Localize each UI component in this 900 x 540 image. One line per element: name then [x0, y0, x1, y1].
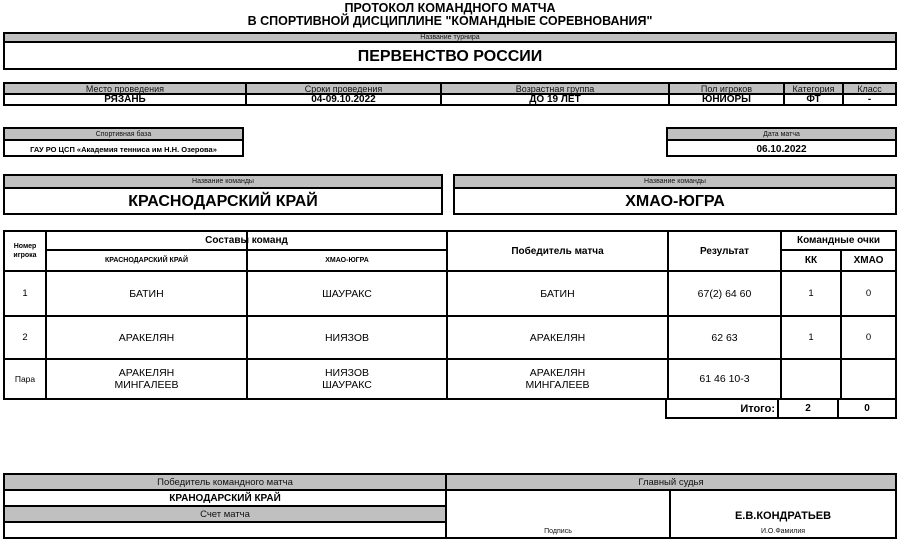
match-date-label: Дата матча — [668, 129, 895, 141]
info-table: Место проведения РЯЗАНЬ Сроки проведения… — [3, 82, 897, 106]
team2-name: ХМАО-ЮГРА — [455, 191, 895, 213]
footer-table: Победитель командного матча КРАНОДАРСКИЙ… — [3, 473, 897, 539]
match-date-box: Дата матча 06.10.2022 — [666, 127, 897, 157]
class-label: Класс — [844, 84, 895, 94]
name-format-label: И.О.Фамилия — [671, 525, 895, 537]
total-team1: 2 — [779, 400, 837, 417]
row-number: Пара — [5, 360, 45, 398]
total-team2: 0 — [839, 400, 895, 417]
col-result: Результат — [669, 232, 780, 270]
tournament-box: Название турнира ПЕРВЕНСТВО РОССИИ — [3, 32, 897, 70]
age-label: Возрастная группа — [442, 84, 668, 94]
tournament-name: ПЕРВЕНСТВО РОССИИ — [5, 45, 895, 68]
total-label: Итого: — [667, 400, 775, 417]
venue-label: Место проведения — [5, 84, 245, 94]
dates-value: 04-09.10.2022 — [247, 94, 440, 105]
row-team1-player-b: МИНГАЛЕЕВ — [115, 379, 179, 391]
gender-value: ЮНИОРЫ — [670, 94, 783, 105]
row-team2-player: НИЯЗОВ — [248, 317, 446, 358]
row-result: 67(2) 64 60 — [669, 272, 780, 315]
row-team2-pair: НИЯЗОВ ШАУРАКС — [248, 360, 446, 398]
row-points-team2: 0 — [842, 317, 895, 358]
sports-base-label: Спортивная база — [5, 129, 242, 141]
team2-box: Название команды ХМАО-ЮГРА — [453, 174, 897, 215]
chief-judge-label: Главный судья — [447, 475, 895, 489]
row-team2-player-b: ШАУРАКС — [322, 379, 372, 391]
gender-label: Пол игроков — [670, 84, 783, 94]
dates-label: Сроки проведения — [247, 84, 440, 94]
row-points-team1: 1 — [782, 317, 840, 358]
row-result: 62 63 — [669, 317, 780, 358]
results-table: Номер игрока Составы команд КРАСНОДАРСКИ… — [3, 230, 897, 400]
team2-label: Название команды — [455, 176, 895, 189]
row-team2-player: ШАУРАКС — [248, 272, 446, 315]
row-points-team1: 1 — [782, 272, 840, 315]
team-match-winner-label: Победитель командного матча — [5, 475, 445, 489]
team1-label: Название команды — [5, 176, 441, 189]
sports-base-box: Спортивная база ГАУ РО ЦСП «Академия тен… — [3, 127, 244, 157]
protocol-title-line2: В СПОРТИВНОЙ ДИСЦИПЛИНЕ "КОМАНДНЫЕ СОРЕВ… — [0, 15, 900, 28]
tournament-label: Название турнира — [5, 34, 895, 43]
category-label: Категория — [785, 84, 842, 94]
row-points-team1 — [782, 360, 840, 398]
col-points: Командные очки — [782, 232, 895, 249]
row-points-team2: 0 — [842, 272, 895, 315]
category-value: ФТ — [785, 94, 842, 105]
row-winner-pair: АРАКЕЛЯН МИНГАЛЕЕВ — [448, 360, 667, 398]
col-points-team1: КК — [782, 251, 840, 270]
row-team1-player: АРАКЕЛЯН — [47, 317, 246, 358]
row-result: 61 46 10-3 — [669, 360, 780, 398]
match-score-label: Счет матча — [5, 507, 445, 521]
match-date-value: 06.10.2022 — [668, 143, 895, 155]
row-team1-pair: АРАКЕЛЯН МИНГАЛЕЕВ — [47, 360, 246, 398]
col-team2: ХМАО-ЮГРА — [248, 251, 446, 270]
sports-base-value: ГАУ РО ЦСП «Академия тенниса им Н.Н. Озе… — [5, 143, 242, 155]
signature-label: Подпись — [447, 525, 669, 537]
row-number: 2 — [5, 317, 45, 358]
col-points-team2: ХМАО — [842, 251, 895, 270]
row-winner: БАТИН — [448, 272, 667, 315]
row-team1-player-a: АРАКЕЛЯН — [119, 367, 174, 379]
team1-box: Название команды КРАСНОДАРСКИЙ КРАЙ — [3, 174, 443, 215]
col-team1: КРАСНОДАРСКИЙ КРАЙ — [47, 251, 246, 270]
row-winner-b: МИНГАЛЕЕВ — [526, 379, 590, 391]
row-number: 1 — [5, 272, 45, 315]
match-score-value — [5, 523, 445, 537]
team-match-winner: КРАНОДАРСКИЙ КРАЙ — [5, 491, 445, 505]
col-winner: Победитель матча — [448, 232, 667, 270]
row-winner-a: АРАКЕЛЯН — [530, 367, 585, 379]
row-points-team2 — [842, 360, 895, 398]
col-player-number: Номер игрока — [5, 232, 45, 270]
row-winner: АРАКЕЛЯН — [448, 317, 667, 358]
team1-name: КРАСНОДАРСКИЙ КРАЙ — [5, 191, 441, 213]
totals-row: Итого: 2 0 — [665, 398, 897, 419]
class-value: - — [844, 94, 895, 105]
row-team2-player-a: НИЯЗОВ — [325, 367, 369, 379]
venue-value: РЯЗАНЬ — [5, 94, 245, 105]
age-value: ДО 19 ЛЕТ — [442, 94, 668, 105]
row-team1-player: БАТИН — [47, 272, 246, 315]
chief-judge-name: Е.В.КОНДРАТЬЕВ — [671, 509, 895, 523]
col-lineups: Составы команд — [47, 232, 446, 249]
